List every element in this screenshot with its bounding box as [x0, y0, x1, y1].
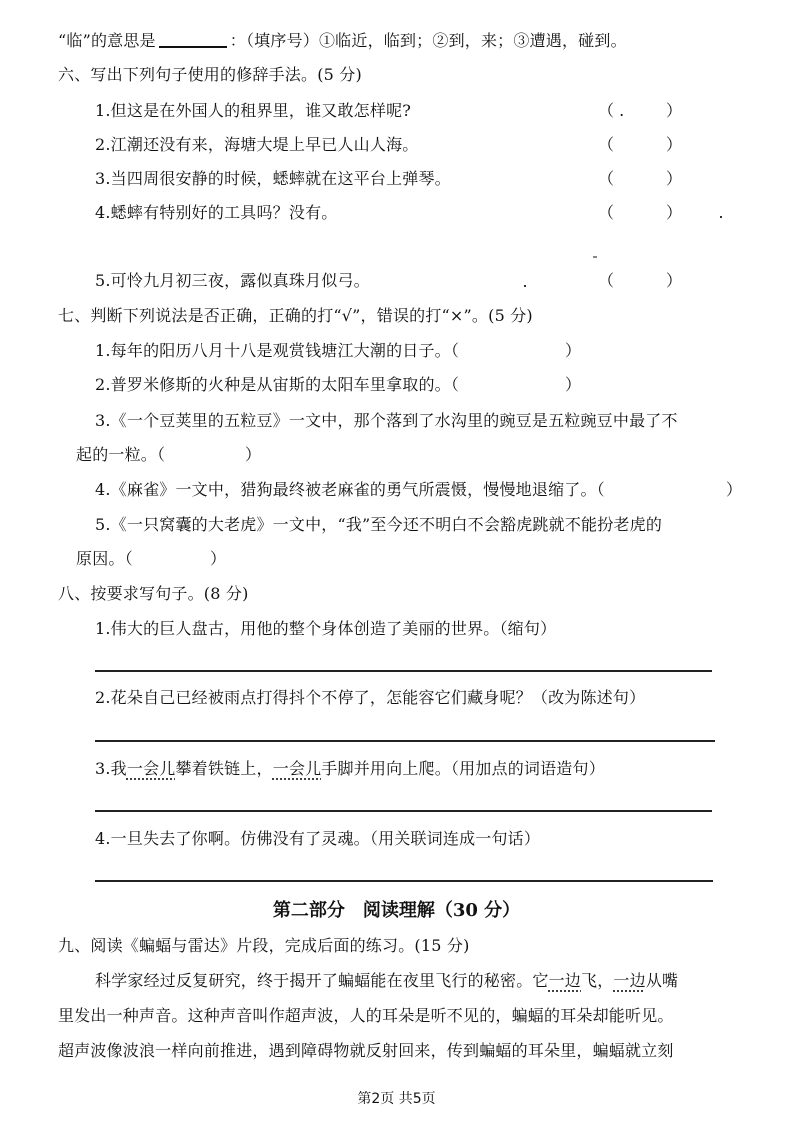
section7-item-2-paren-close[interactable]: ） — [565, 374, 581, 396]
answer-line-3[interactable] — [95, 810, 712, 812]
section6-item-5: 5.可怜九月初三夜，露似真珠月似弓。 — [95, 270, 370, 292]
section7-title: 七、判断下列说法是否正确，正确的打“√”，错误的打“×”。(5 分) — [58, 305, 533, 327]
section6-item-4: 4.蟋蟀有特别好的工具吗？没有。 — [95, 202, 337, 224]
section6-item-5-paren-open[interactable]: （ — [598, 270, 614, 292]
section7-item-3-paren-close[interactable]: ） — [245, 444, 261, 466]
section6-item-1-paren-close: ） — [666, 100, 682, 122]
section7-item-1: 1.每年的阳历八月十八是观赏钱塘江大潮的日子。（ — [95, 340, 459, 362]
dotted-word-2: 一会儿 — [273, 759, 322, 778]
section6-title: 六、写出下列句子使用的修辞手法。(5 分) — [58, 64, 362, 86]
item3-mid: 攀着铁链上， — [175, 759, 272, 778]
section6-item-4-paren-open[interactable]: （ — [598, 202, 614, 224]
section6-item-2-paren-open[interactable]: （ — [598, 134, 614, 156]
part2-title: 第二部分 阅读理解（30 分） — [0, 899, 793, 923]
scan-speck — [524, 285, 526, 287]
para-text: 飞， — [581, 971, 613, 990]
section6-item-5-paren-close: ） — [666, 270, 682, 292]
section7-item-3: 3.《一个豆荚里的五粒豆》一文中，那个落到了水沟里的豌豆是五粒豌豆中最了不 — [95, 410, 678, 432]
answer-line-1[interactable] — [95, 670, 712, 672]
item3-pre: 3.我 — [95, 759, 127, 778]
section6-item-3: 3.当四周很安静的时候，蟋蟀就在这平台上弹琴。 — [95, 168, 451, 190]
section6-item-2-paren-close: ） — [666, 134, 682, 156]
section7-item-3-cont: 起的一粒。（ — [76, 444, 165, 466]
scan-speck — [593, 256, 597, 258]
intro-prefix: “临”的意思是 — [58, 31, 156, 50]
section6-item-4-paren-close: ） — [666, 202, 682, 224]
intro-suffix: ：（填序号）①临近，临到；②到，来；③遭遇，碰到。 — [230, 31, 627, 50]
section7-item-4-paren-close[interactable]: ） — [726, 479, 742, 501]
dotted-word-text: 一会儿 — [273, 759, 322, 778]
section6-item-1-paren-open[interactable]: （ . — [598, 100, 624, 122]
section6-item-1: 1.但这是在外国人的租界里，谁又敢怎样呢? — [95, 100, 411, 122]
dotted-word-1: 一会儿 — [127, 759, 176, 778]
section7-item-5-paren-close[interactable]: ） — [210, 548, 226, 570]
page-number: 第2页 共5页 — [0, 1090, 793, 1108]
dotted-word-text: 一会儿 — [127, 759, 176, 778]
answer-line-4[interactable] — [95, 880, 713, 882]
section6-item-2: 2.江潮还没有来，海塘大堤上早已人山人海。 — [95, 134, 418, 156]
section9-title: 九、阅读《蝙蝠与雷达》片段，完成后面的练习。(15 分) — [58, 935, 470, 957]
para-text: 科学家经过反复研究，终于揭开了蝙蝠能在夜里飞行的秘密。它 — [95, 971, 549, 990]
answer-line-2[interactable] — [95, 740, 715, 742]
intro-line: “临”的意思是：（填序号）①临近，临到；②到，来；③遭遇，碰到。 — [58, 28, 627, 52]
section8-item-1: 1.伟大的巨人盘古，用他的整个身体创造了美丽的世界。（缩句） — [95, 618, 556, 640]
section9-para-line-1: 科学家经过反复研究，终于揭开了蝙蝠能在夜里飞行的秘密。它一边飞，一边从嘴 — [95, 970, 678, 992]
section8-item-4: 4.一旦失去了你啊。仿佛没有了灵魂。（用关联词连成一句话） — [95, 828, 540, 850]
section8-item-3: 3.我一会儿攀着铁链上，一会儿手脚并用向上爬。（用加点的词语造句） — [95, 758, 605, 780]
dotted-word-yibian-2: 一边 — [613, 971, 645, 990]
section7-item-2: 2.普罗米修斯的火种是从宙斯的太阳车里拿取的。（ — [95, 374, 459, 396]
para-text: 从嘴 — [646, 971, 678, 990]
section6-item-3-paren-open[interactable]: （ — [598, 168, 614, 190]
section8-item-2: 2.花朵自己已经被雨点打得抖个不停了，怎能容它们藏身呢？（改为陈述句） — [95, 687, 645, 709]
section8-title: 八、按要求写句子。(8 分) — [58, 583, 249, 605]
scan-speck — [720, 216, 722, 218]
section9-para-line-2: 里发出一种声音。这种声音叫作超声波，人的耳朵是听不见的，蝙蝠的耳朵却能听见。 — [58, 1005, 674, 1027]
section7-item-4: 4.《麻雀》一文中，猎狗最终被老麻雀的勇气所震慑，慢慢地退缩了。（ — [95, 479, 605, 501]
dotted-word-yibian-1: 一边 — [549, 971, 581, 990]
answer-blank[interactable] — [159, 28, 227, 48]
section7-item-5-cont: 原因。（ — [76, 548, 133, 570]
section7-item-1-paren-close[interactable]: ） — [565, 340, 581, 362]
section6-item-3-paren-close: ） — [666, 168, 682, 190]
section9-para-line-3: 超声波像波浪一样向前推进，遇到障碍物就反射回来，传到蝙蝠的耳朵里，蝙蝠就立刻 — [58, 1040, 674, 1062]
item3-post: 手脚并用向上爬。（用加点的词语造句） — [321, 759, 605, 778]
section7-item-5: 5.《一只窝囊的大老虎》一文中，“我”至今还不明白不会豁虎跳就不能扮老虎的 — [95, 514, 662, 536]
